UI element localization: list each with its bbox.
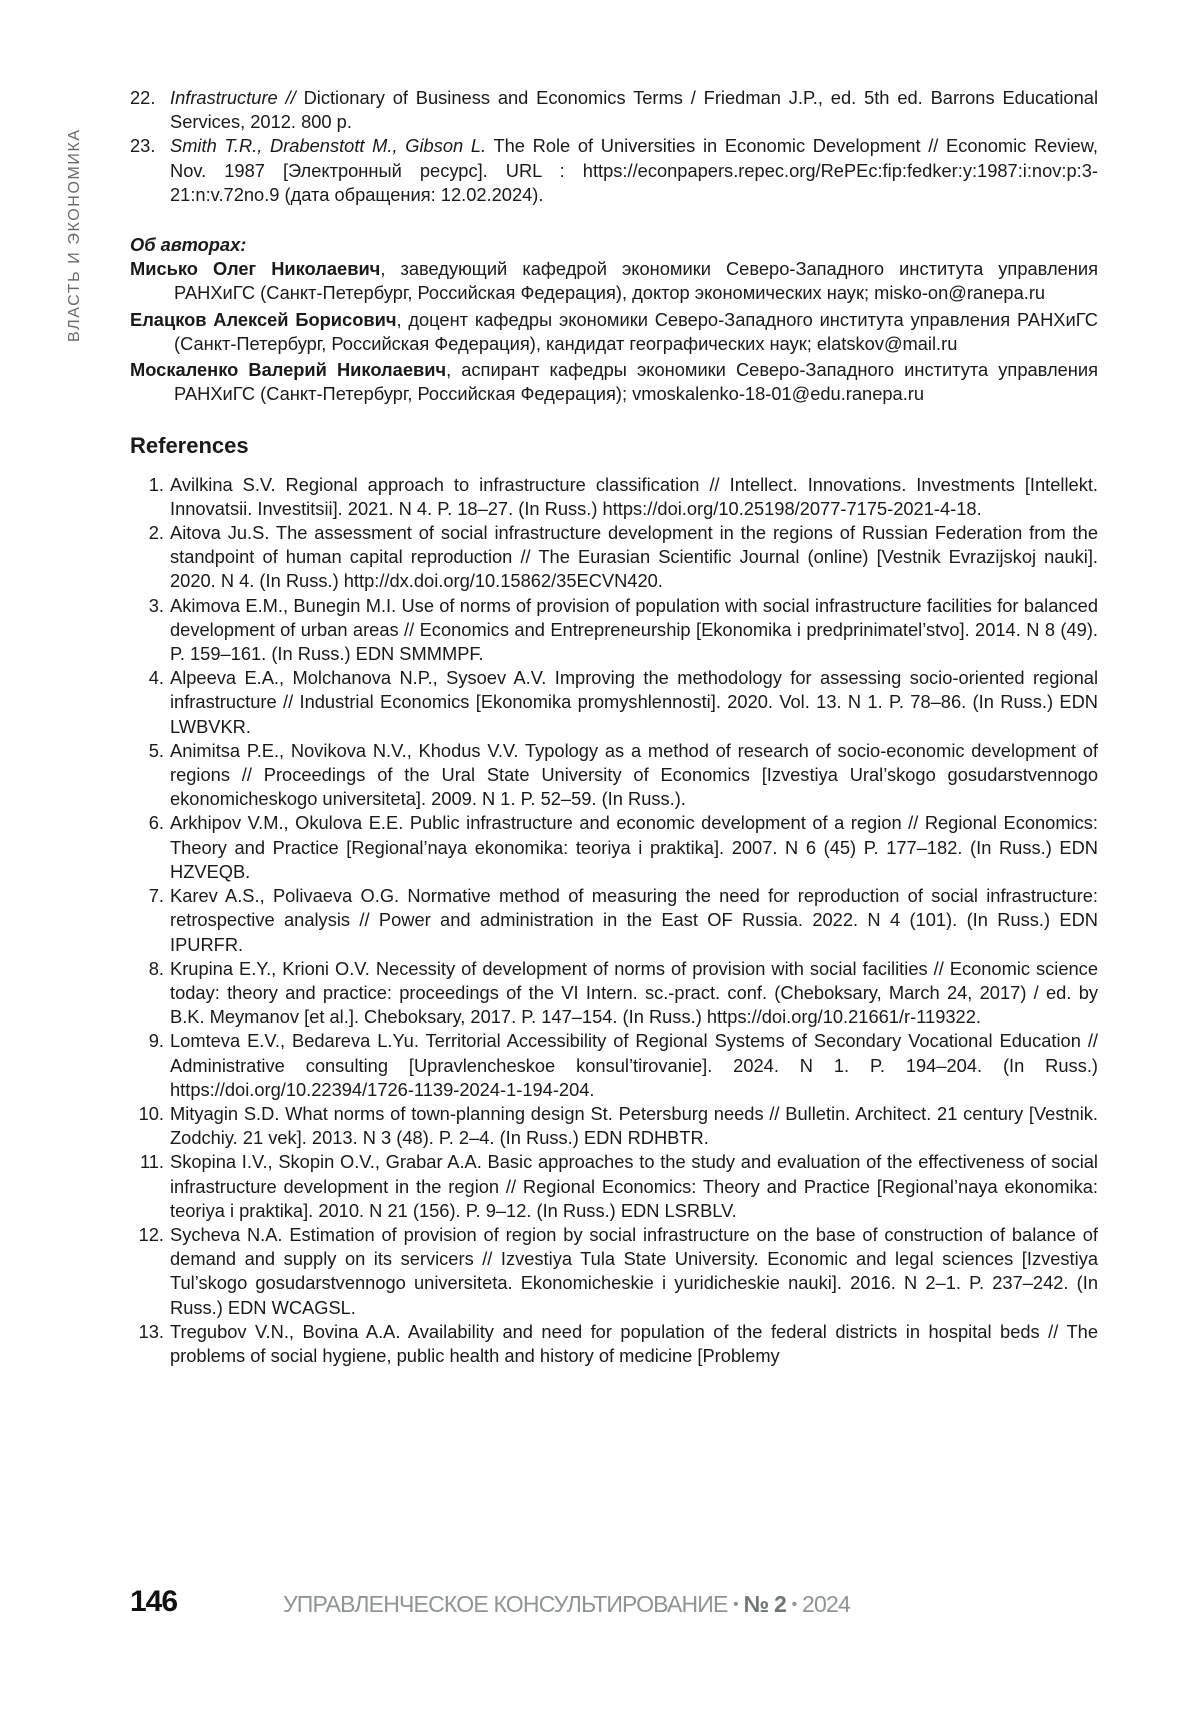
reference-number: 2. [130,521,164,545]
reference-item: 1.Avilkina S.V. Regional approach to inf… [130,473,1098,521]
reference-number: 13. [130,1320,164,1344]
reference-authors-italic: Smith T.R., Drabenstott M., Gibson L. [170,135,486,156]
author-name: Москаленко Валерий Николаевич [130,359,446,380]
reference-item: 22.Infrastructure // Dictionary of Busin… [130,86,1098,134]
reference-text: Aitova Ju.S. The assessment of social in… [170,522,1098,591]
reference-number: 11. [130,1150,164,1174]
reference-item: 11.Skopina I.V., Skopin O.V., Grabar A.A… [130,1150,1098,1223]
page-content: 22.Infrastructure // Dictionary of Busin… [130,86,1098,1368]
authors-section: Об авторах: Мисько Олег Николаевич, заве… [130,233,1098,406]
reference-title-italic: Infrastructure // [170,87,296,108]
reference-text: Avilkina S.V. Regional approach to infra… [170,474,1098,519]
references-heading: References [130,434,1098,458]
reference-number: 1. [130,473,164,497]
page-number: 146 [130,1585,177,1619]
reference-item: 7.Karev A.S., Polivaeva O.G. Normative m… [130,884,1098,957]
reference-item: 8.Krupina E.Y., Krioni O.V. Necessity of… [130,957,1098,1030]
reference-number: 10. [130,1102,164,1126]
reference-item: 12.Sycheva N.A. Estimation of provision … [130,1223,1098,1320]
reference-number: 3. [130,594,164,618]
reference-list: 1.Avilkina S.V. Regional approach to inf… [130,473,1098,1369]
author-name: Елацков Алексей Борисович [130,309,396,330]
reference-text: Dictionary of Business and Economics Ter… [170,87,1098,132]
reference-number: 22. [130,86,170,110]
authors-heading: Об авторах: [130,233,1098,257]
reference-text: Mityagin S.D. What norms of town-plannin… [170,1103,1098,1148]
reference-item: 6.Arkhipov V.M., Okulova E.E. Public inf… [130,811,1098,884]
reference-item: 9.Lomteva E.V., Bedareva L.Yu. Territori… [130,1029,1098,1102]
reference-number: 23. [130,134,170,158]
reference-number: 7. [130,884,164,908]
separator-dot: • [733,1596,738,1613]
reference-item: 23.Smith T.R., Drabenstott M., Gibson L.… [130,134,1098,207]
reference-text: Alpeeva E.A., Molchanova N.P., Sysoev A.… [170,667,1098,736]
author-entry: Москаленко Валерий Николаевич, аспирант … [130,358,1098,406]
reference-text: Animitsa P.E., Novikova N.V., Khodus V.V… [170,740,1098,809]
reference-item: 2.Aitova Ju.S. The assessment of social … [130,521,1098,594]
reference-item: 13.Tregubov V.N., Bovina A.A. Availabili… [130,1320,1098,1368]
reference-text: Skopina I.V., Skopin O.V., Grabar A.A. B… [170,1151,1098,1220]
reference-item: 4.Alpeeva E.A., Molchanova N.P., Sysoev … [130,666,1098,739]
separator-dot: • [792,1596,797,1613]
author-entry: Мисько Олег Николаевич, заведующий кафед… [130,257,1098,305]
page-footer: 146 УПРАВЛЕНЧЕСКОЕ КОНСУЛЬТИРОВАНИЕ • № … [130,1585,1090,1625]
reference-text: Sycheva N.A. Estimation of provision of … [170,1224,1098,1318]
reference-number: 6. [130,811,164,835]
author-name: Мисько Олег Николаевич [130,258,380,279]
reference-number: 8. [130,957,164,981]
reference-number: 5. [130,739,164,763]
issue-number: № 2 [744,1591,786,1617]
section-side-label: ВЛАСТЬ И ЭКОНОМИКА [66,128,84,342]
reference-item: 10.Mityagin S.D. What norms of town-plan… [130,1102,1098,1150]
reference-text: Karev A.S., Polivaeva O.G. Normative met… [170,885,1098,954]
reference-number: 9. [130,1029,164,1053]
top-reference-list: 22.Infrastructure // Dictionary of Busin… [130,86,1098,207]
reference-text: Arkhipov V.M., Okulova E.E. Public infra… [170,812,1098,881]
reference-text: Akimova E.M., Bunegin M.I. Use of norms … [170,595,1098,664]
journal-running-title: УПРАВЛЕНЧЕСКОЕ КОНСУЛЬТИРОВАНИЕ • № 2 • … [283,1591,850,1618]
reference-item: 3.Akimova E.M., Bunegin M.I. Use of norm… [130,594,1098,667]
reference-text: Lomteva E.V., Bedareva L.Yu. Territorial… [170,1030,1098,1099]
reference-text: Krupina E.Y., Krioni O.V. Necessity of d… [170,958,1098,1027]
author-entry: Елацков Алексей Борисович, доцент кафедр… [130,308,1098,356]
reference-item: 5.Animitsa P.E., Novikova N.V., Khodus V… [130,739,1098,812]
reference-number: 12. [130,1223,164,1247]
issue-year: 2024 [802,1591,850,1617]
journal-name: УПРАВЛЕНЧЕСКОЕ КОНСУЛЬТИРОВАНИЕ [283,1591,728,1617]
reference-number: 4. [130,666,164,690]
reference-text: Tregubov V.N., Bovina A.A. Availability … [170,1321,1098,1366]
